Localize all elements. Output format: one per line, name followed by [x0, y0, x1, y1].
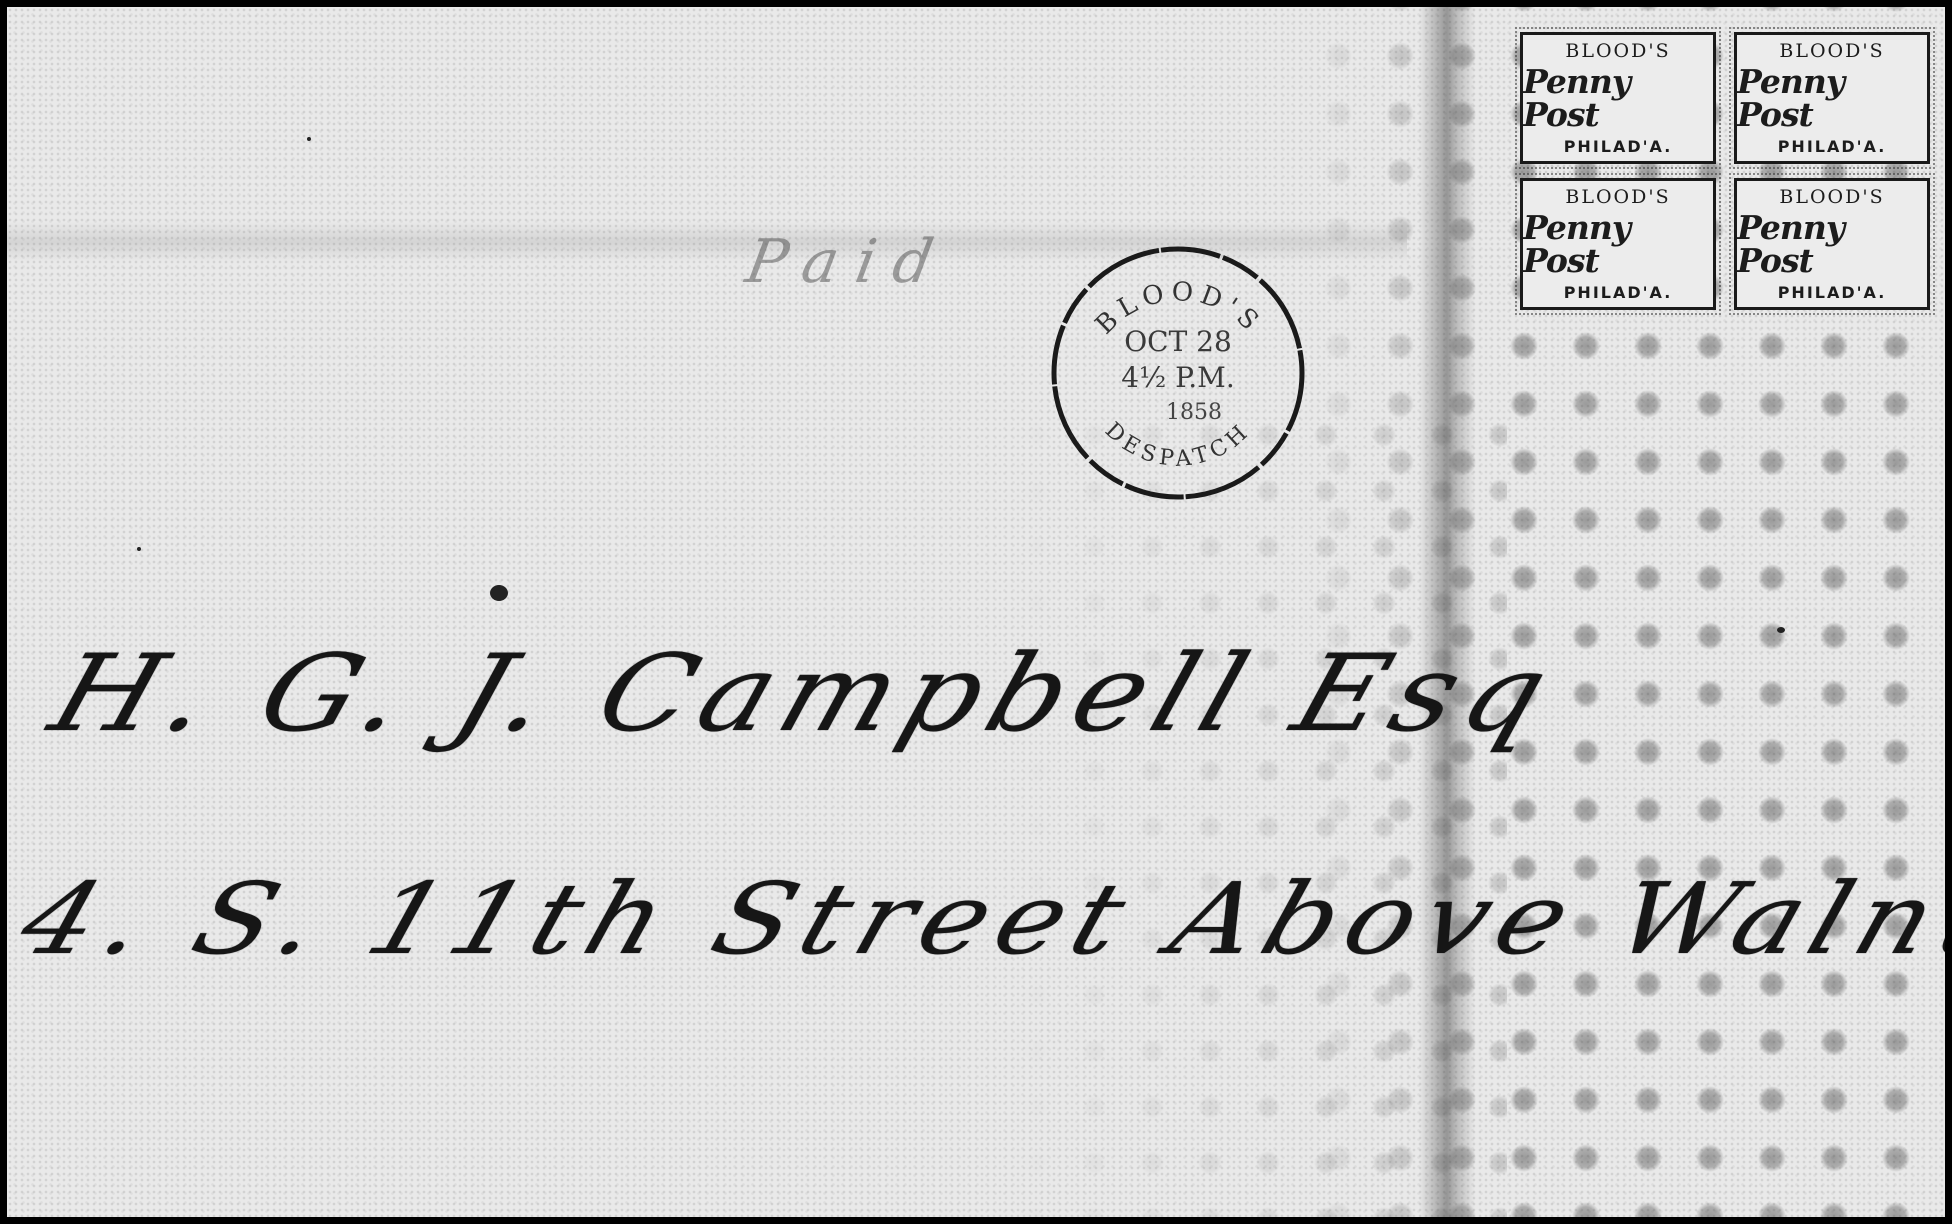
address-line-1: H. G. J. Campbell Esq	[37, 631, 1572, 755]
stamp-middle-text: Penny Post	[1523, 65, 1713, 131]
vertical-fold	[1419, 7, 1475, 1217]
stamp-top-text: BLOOD'S	[1565, 42, 1670, 61]
postmark-bottom-arc: DESPATCH	[1100, 418, 1256, 472]
pencil-notation: Paid	[741, 227, 956, 297]
postmark-time: 4½ P.M.	[1121, 361, 1235, 394]
postmark-icon: BLOOD'S DESPATCH OCT 28 4½ P.M. 1858	[1044, 239, 1312, 507]
stamp-top-text: BLOOD'S	[1779, 188, 1884, 207]
svg-text:DESPATCH: DESPATCH	[1100, 418, 1256, 472]
ink-speck	[307, 137, 311, 141]
stamp-bottom-text: PHILAD'A.	[1564, 285, 1673, 301]
stamp-top-text: BLOOD'S	[1565, 188, 1670, 207]
stamp-top-text: BLOOD'S	[1779, 42, 1884, 61]
postmark-year: 1858	[1166, 400, 1222, 425]
stamp-bottom-text: PHILAD'A.	[1778, 139, 1887, 155]
ink-speck	[137, 547, 141, 551]
circular-postmark: BLOOD'S DESPATCH OCT 28 4½ P.M. 1858	[1044, 239, 1312, 507]
stamp-bottom-text: PHILAD'A.	[1778, 285, 1887, 301]
envelope-cover: Paid BLOOD'S Penny Post PHILAD'A. BLOOD'…	[7, 7, 1945, 1217]
stamp-block: BLOOD'S Penny Post PHILAD'A. BLOOD'S Pen…	[1520, 32, 1940, 320]
stamp-bottom-text: PHILAD'A.	[1564, 139, 1673, 155]
ink-speck	[1777, 627, 1785, 633]
stamp-middle-text: Penny Post	[1737, 211, 1927, 277]
stamp-middle-text: Penny Post	[1737, 65, 1927, 131]
postmark-date: OCT 28	[1124, 325, 1232, 358]
stamp: BLOOD'S Penny Post PHILAD'A.	[1520, 32, 1716, 164]
address-line-2: 4. S. 11th Street Above Walnut	[7, 863, 1945, 977]
stamp: BLOOD'S Penny Post PHILAD'A.	[1520, 178, 1716, 310]
ink-speck	[490, 585, 508, 601]
stamp: BLOOD'S Penny Post PHILAD'A.	[1734, 32, 1930, 164]
stamp-middle-text: Penny Post	[1523, 211, 1713, 277]
stamp: BLOOD'S Penny Post PHILAD'A.	[1734, 178, 1930, 310]
